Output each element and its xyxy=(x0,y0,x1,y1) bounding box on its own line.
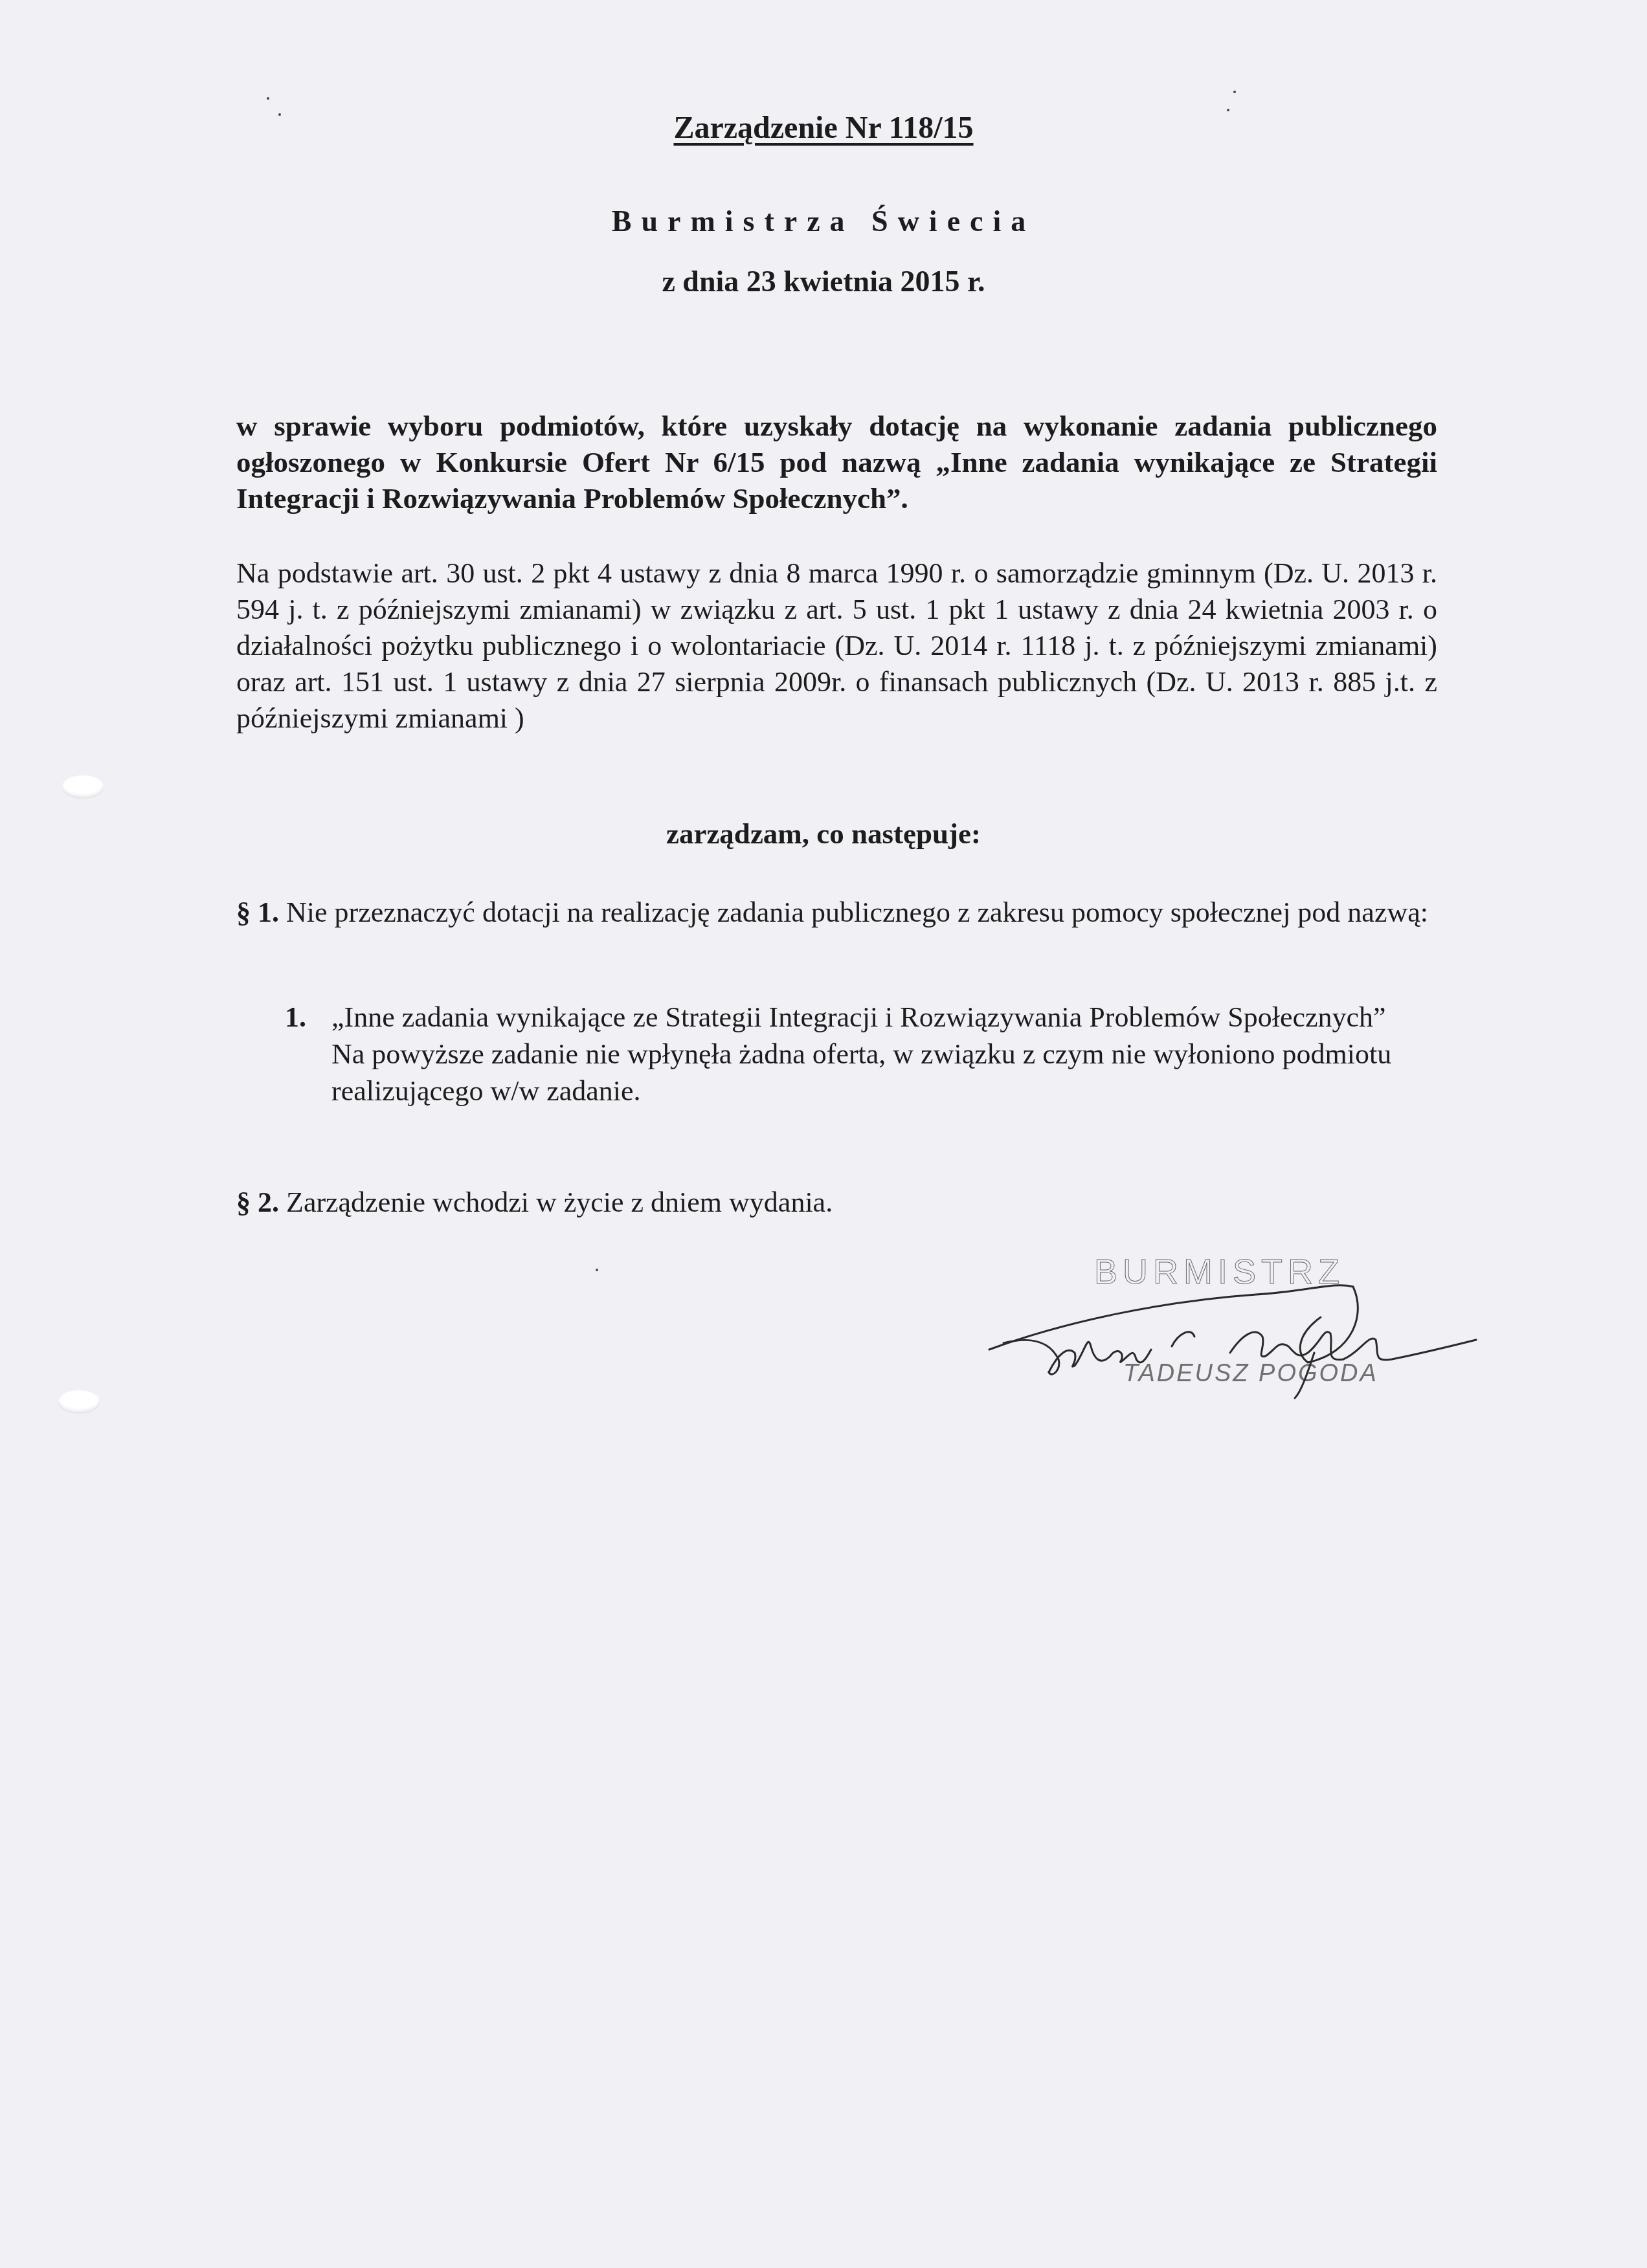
paragraph-1: § 1. Nie przeznaczyć dotacji na realizac… xyxy=(236,895,1437,931)
handwritten-signature-icon xyxy=(971,1256,1502,1411)
hole-punch-top xyxy=(62,775,104,797)
paragraph-1-label: § 1. xyxy=(236,896,279,928)
paragraph-2-text: Zarządzenie wchodzi w życie z dniem wyda… xyxy=(279,1186,833,1218)
paragraph-2: § 2. Zarządzenie wchodzi w życie z dniem… xyxy=(236,1184,1437,1221)
legal-basis-paragraph: Na podstawie art. 30 ust. 2 pkt 4 ustawy… xyxy=(236,555,1437,737)
scan-speck xyxy=(1233,91,1236,93)
list-item-note: Na powyższe zadanie nie wpłynęła żadna o… xyxy=(331,1038,1391,1107)
document-subject: w sprawie wyboru podmiotów, które uzyska… xyxy=(236,408,1437,517)
scan-speck xyxy=(267,97,269,100)
document-date: z dnia 23 kwietnia 2015 r. xyxy=(0,262,1647,301)
list-item-title: „Inne zadania wynikające ze Strategii In… xyxy=(331,999,1437,1036)
paragraph-2-label: § 2. xyxy=(236,1186,279,1218)
document-issuer: Burmistrza Świecia xyxy=(0,202,1647,241)
list-item: 1. „Inne zadania wynikające ze Strategii… xyxy=(285,999,1437,1109)
scan-speck xyxy=(596,1269,598,1271)
decree-heading: zarządzam, co następuje: xyxy=(0,816,1647,852)
scan-speck xyxy=(278,113,281,116)
list-item-number: 1. xyxy=(285,999,306,1036)
hole-punch-bottom xyxy=(58,1390,100,1412)
document-title-text: Zarządzenie Nr 118/15 xyxy=(673,111,973,145)
document-title: Zarządzenie Nr 118/15 xyxy=(0,109,1647,148)
paragraph-1-text: Nie przeznaczyć dotacji na realizację za… xyxy=(279,896,1428,928)
scan-speck xyxy=(1227,109,1229,111)
